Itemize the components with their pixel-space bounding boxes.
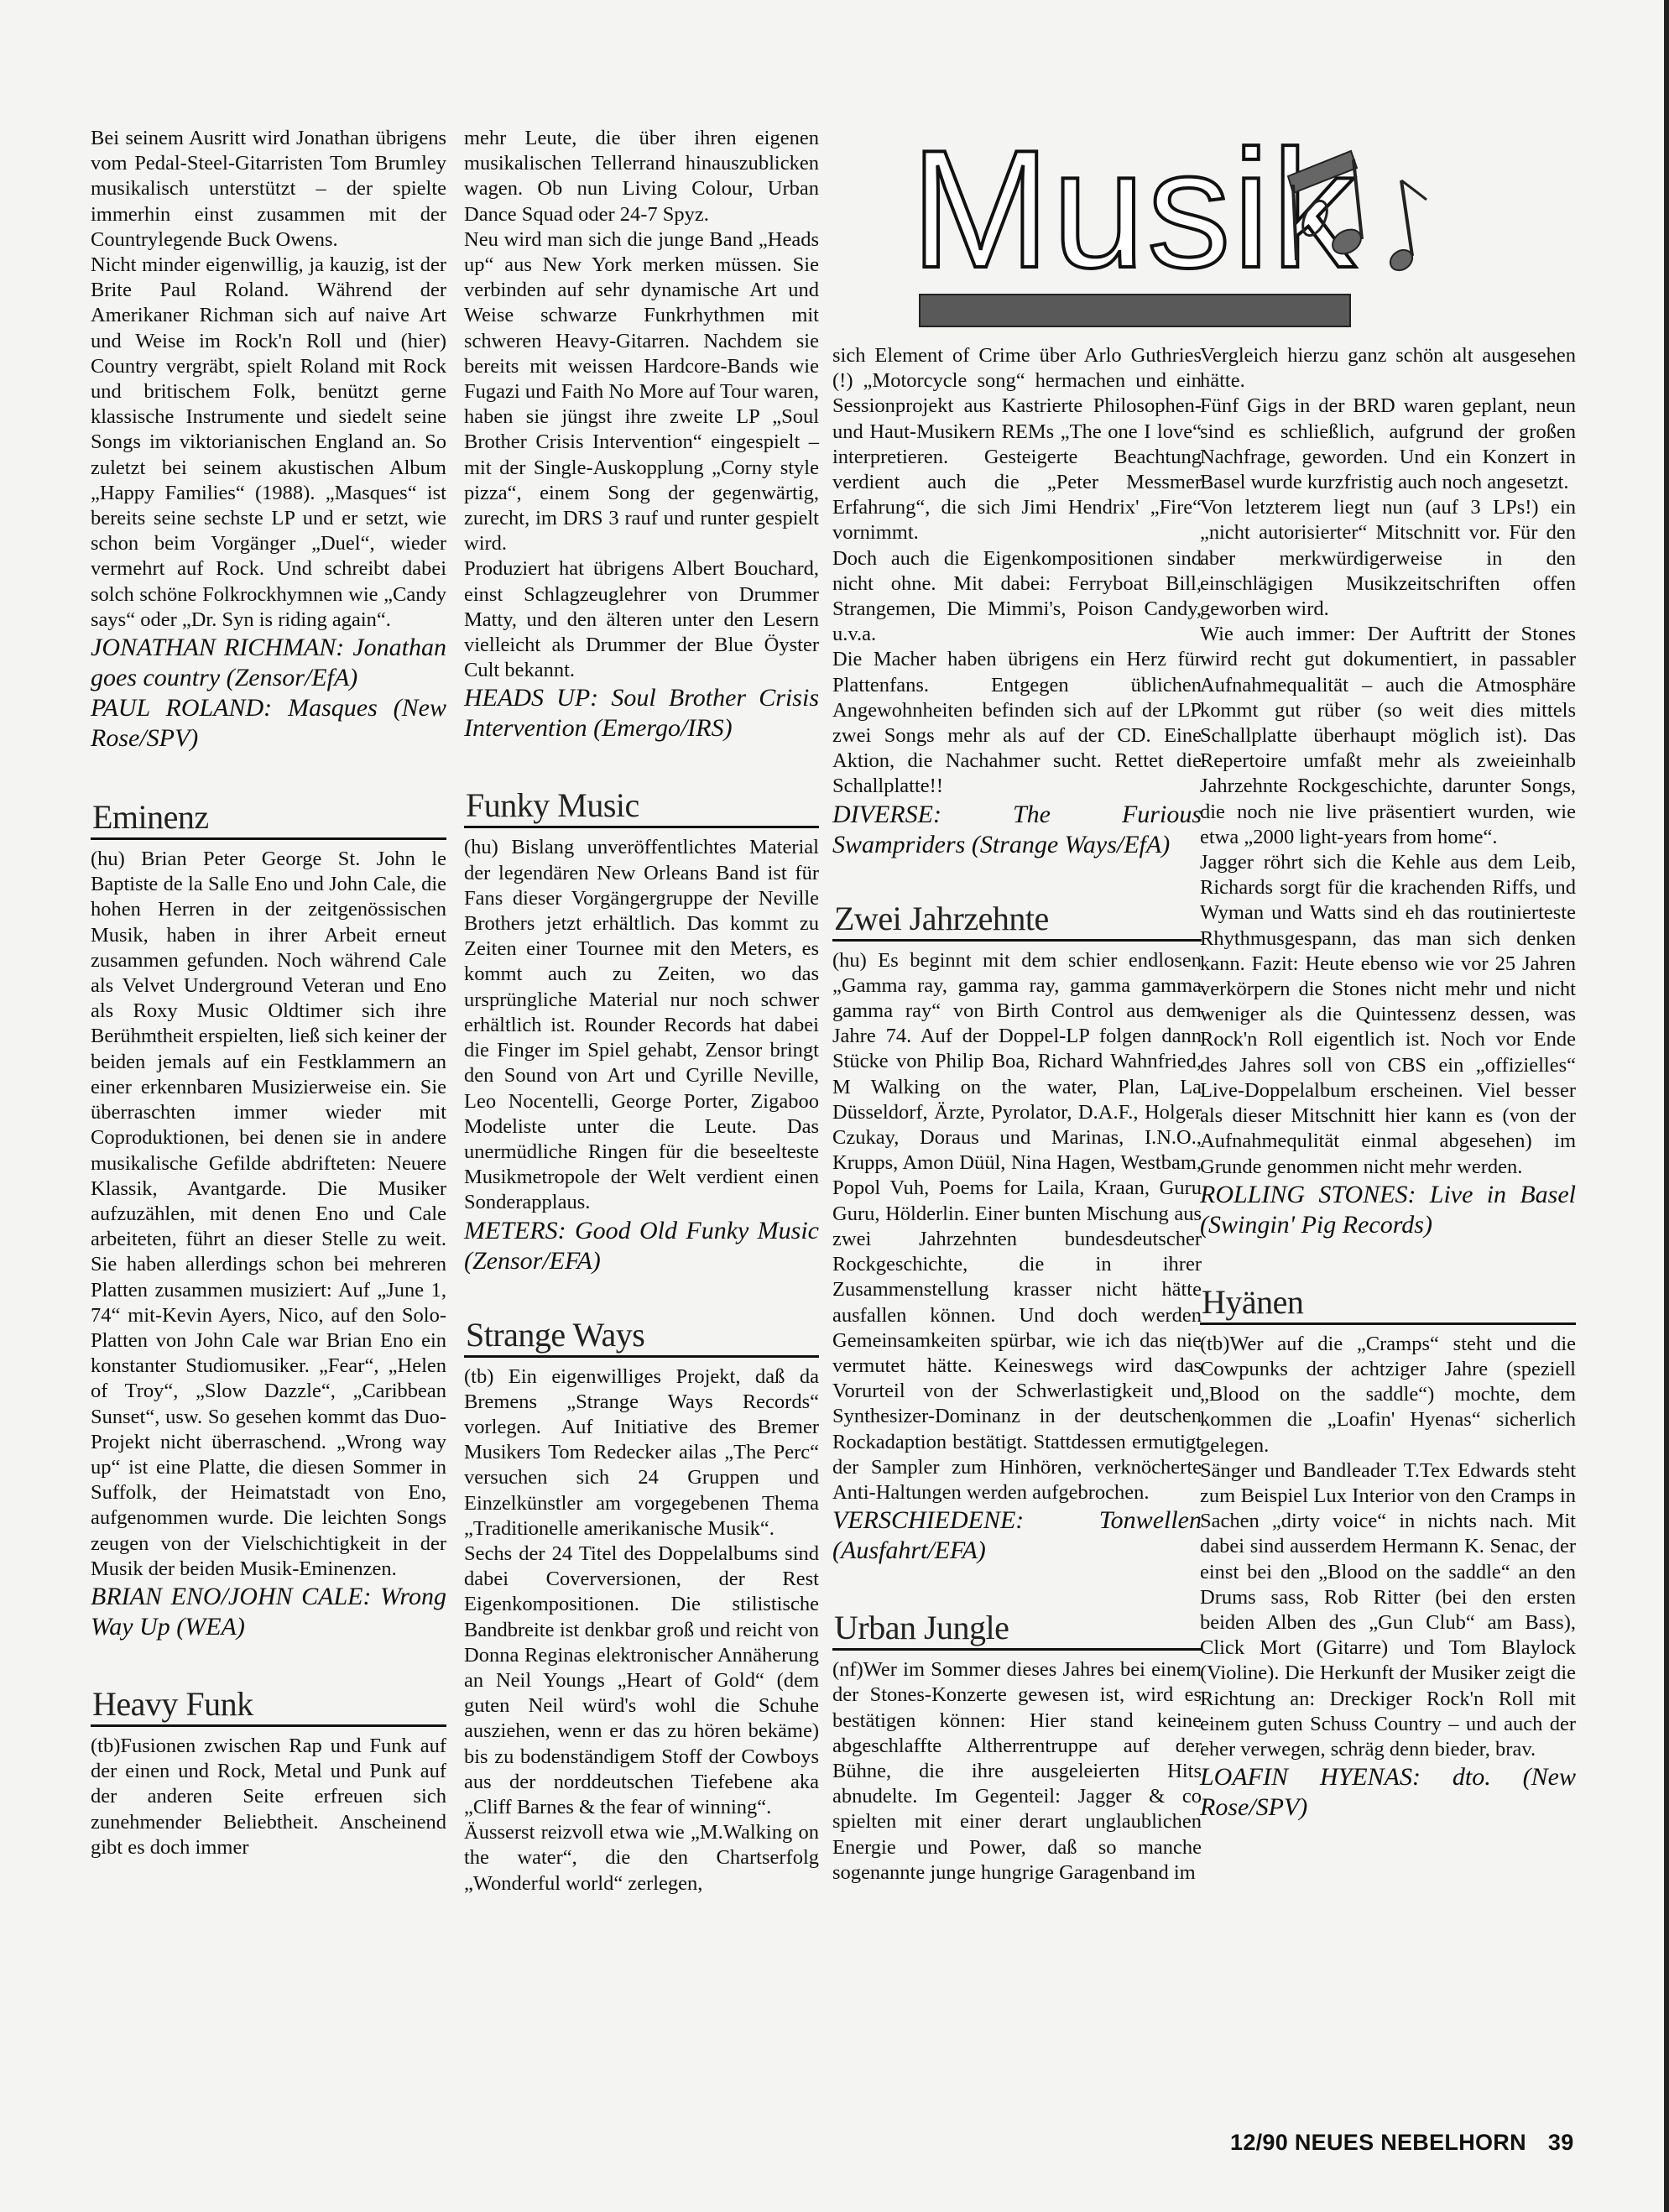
album-reference: VERSCHIEDENE: Tonwellen (Ausfahrt/EFA) — [832, 1505, 1202, 1566]
paragraph: Fünf Gigs in der BRD waren geplant, neun… — [1200, 394, 1576, 495]
paragraph: Äusserst reizvoll etwa wie „M.Walking on… — [464, 1820, 819, 1896]
section-heading-strange-ways: Strange Ways — [464, 1317, 819, 1358]
album-reference: JONATHAN RICHMAN: Jonathan goes country … — [91, 633, 446, 693]
paragraph: Neu wird man sich die junge Band „Heads … — [464, 227, 819, 557]
album-reference: METERS: Good Old Funky Music (Zensor/EFA… — [464, 1216, 819, 1276]
paragraph: (nf)Wer im Sommer dieses Jahres bei eine… — [832, 1657, 1202, 1886]
paragraph: Von letzterem liegt nun (auf 3 LPs!) ein… — [1200, 495, 1576, 622]
section-heading-urban-jungle: Urban Jungle — [832, 1609, 1202, 1651]
paragraph: Sechs der 24 Titel des Doppelalbums sind… — [464, 1542, 819, 1820]
paragraph: (tb) Ein eigenwilliges Projekt, daß da B… — [464, 1364, 819, 1542]
paragraph: Doch auch die Eigenkompositionen sind ni… — [832, 546, 1202, 648]
paragraph: (hu) Bislang unveröffentlichtes Material… — [464, 835, 819, 1215]
paragraph: Wie auch immer: Der Auftritt der Stones … — [1200, 622, 1576, 850]
column-4: Vergleich hierzu ganz schön alt ausgeseh… — [1200, 343, 1576, 1823]
section-heading-hyaenen: Hyänen — [1200, 1284, 1576, 1325]
album-reference: HEADS UP: Soul Brother Crisis Interventi… — [464, 683, 819, 743]
section-heading-funky-music: Funky Music — [464, 787, 819, 828]
banner-shaded-bar — [919, 294, 1351, 327]
column-3: sich Element of Crime über Arlo Guthries… — [832, 343, 1202, 1886]
section-heading-zwei-jahrzehnte: Zwei Jahrzehnte — [832, 900, 1202, 942]
paragraph: (hu) Es beginnt mit dem schier endlosen … — [832, 948, 1202, 1505]
section-heading-eminenz: Eminenz — [91, 799, 446, 840]
album-reference: ROLLING STONES: Live in Basel (Swingin' … — [1200, 1180, 1576, 1240]
page-edge-shadow — [1664, 0, 1669, 2212]
musik-banner: Musik — [910, 126, 1464, 336]
issue-label: 12/90 NEUES NEBELHORN — [1230, 2130, 1526, 2155]
paragraph: Produziert hat übrigens Albert Bouchard,… — [464, 556, 819, 683]
page-number: 39 — [1548, 2130, 1574, 2155]
album-reference: LOAFIN HYENAS: dto. (New Rose/SPV) — [1200, 1762, 1576, 1823]
paragraph: sich Element of Crime über Arlo Guthries… — [832, 343, 1202, 546]
paragraph: Bei seinem Ausritt wird Jonathan übrigen… — [91, 126, 446, 253]
paragraph: Sänger und Bandleader T.Tex Edwards steh… — [1200, 1458, 1576, 1762]
paragraph: (hu) Brian Peter George St. John le Bapt… — [91, 847, 446, 1582]
paragraph: mehr Leute, die über ihren eigenen musik… — [464, 126, 819, 227]
paragraph: Nicht minder eigenwillig, ja kauzig, ist… — [91, 253, 446, 633]
album-reference: BRIAN ENO/JOHN CALE: Wrong Way Up (WEA) — [91, 1582, 446, 1642]
paragraph: Vergleich hierzu ganz schön alt ausgeseh… — [1200, 343, 1576, 394]
section-heading-heavy-funk: Heavy Funk — [91, 1686, 446, 1727]
album-reference: DIVERSE: The Furious Swampriders (Strang… — [832, 800, 1202, 860]
paragraph: (tb)Wer auf die „Cramps“ steht und die C… — [1200, 1332, 1576, 1458]
music-notes-icon — [1263, 134, 1431, 277]
paragraph: (tb)Fusionen zwischen Rap und Funk auf d… — [91, 1734, 446, 1860]
album-reference: PAUL ROLAND: Masques (New Rose/SPV) — [91, 693, 446, 754]
paragraph: Die Macher haben übrigens ein Herz für P… — [832, 647, 1202, 799]
column-2: mehr Leute, die über ihren eigenen musik… — [464, 126, 819, 1896]
page-footer: 12/90 NEUES NEBELHORN39 — [1230, 2130, 1574, 2156]
column-1: Bei seinem Ausritt wird Jonathan übrigen… — [91, 126, 446, 1860]
paragraph: Jagger röhrt sich die Kehle aus dem Leib… — [1200, 850, 1576, 1180]
